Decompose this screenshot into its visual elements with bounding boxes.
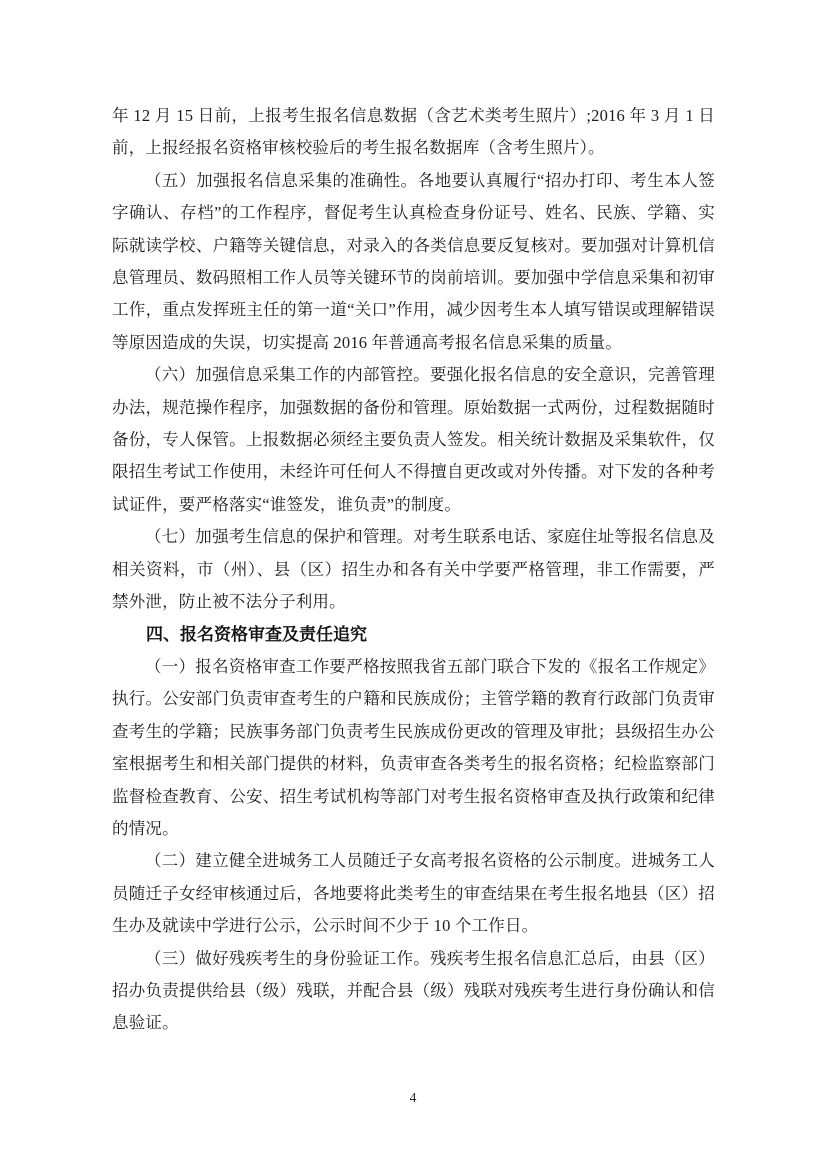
paragraph-item-5: （五）加强报名信息采集的准确性。各地要认真履行“招办打印、考生本人签字确认、存档…	[112, 165, 715, 359]
paragraph-item-2: （二）建立健全进城务工人员随迁子女高考报名资格的公示制度。进城务工人员随迁子女经…	[112, 845, 715, 942]
paragraph-continuation: 年 12 月 15 日前，上报考生报名信息数据（含艺术类考生照片）;2016 年…	[112, 100, 715, 165]
page-number: 4	[0, 1090, 826, 1106]
paragraph-item-6: （六）加强信息采集工作的内部管控。要强化报名信息的安全意识，完善管理办法，规范操…	[112, 359, 715, 521]
paragraph-item-1: （一）报名资格审查工作要严格按照我省五部门联合下发的《报名工作规定》执行。公安部…	[112, 651, 715, 845]
paragraph-item-3: （三）做好残疾考生的身份验证工作。残疾考生报名信息汇总后，由县（区）招办负责提供…	[112, 943, 715, 1040]
section-heading: 四、报名资格审查及责任追究	[112, 619, 715, 651]
document-page: 年 12 月 15 日前，上报考生报名信息数据（含艺术类考生照片）;2016 年…	[0, 0, 826, 1169]
page-body: 年 12 月 15 日前，上报考生报名信息数据（含艺术类考生照片）;2016 年…	[112, 100, 715, 1040]
paragraph-item-7: （七）加强考生信息的保护和管理。对考生联系电话、家庭住址等报名信息及相关资料，市…	[112, 521, 715, 618]
